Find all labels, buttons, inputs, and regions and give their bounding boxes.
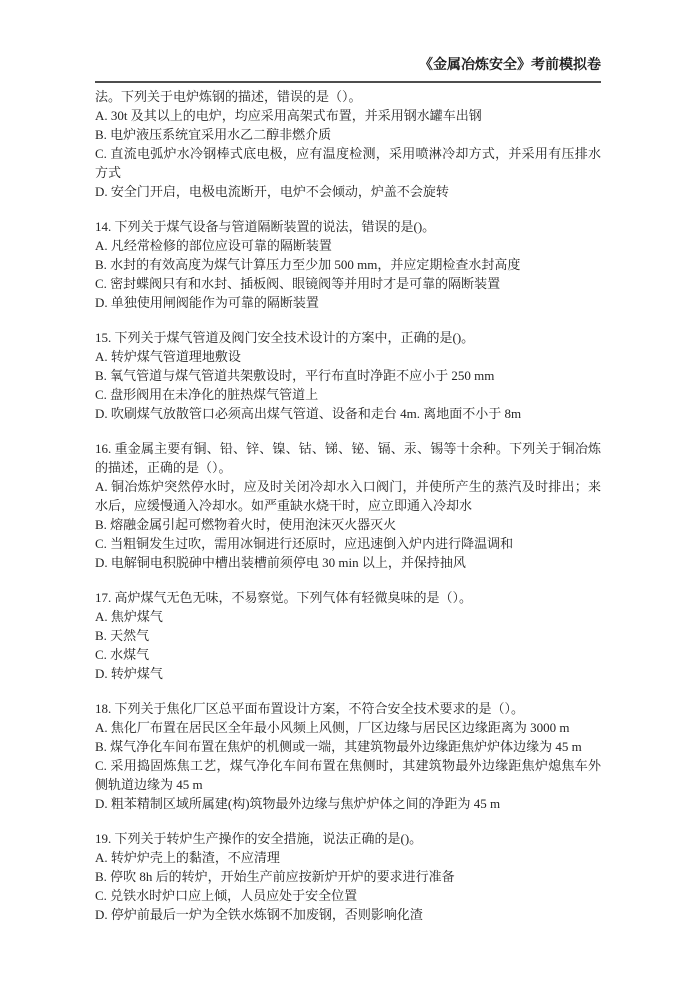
question-option: B. 熔融金属引起可燃物着火时，使用泡沫灭火器灭火	[95, 515, 601, 534]
question-block: 15. 下列关于煤气管道及阀门安全技术设计的方案中，正确的是()。A. 转炉煤气…	[95, 328, 601, 423]
question-option: C. 兑铁水时炉口应上倾，人员应处于安全位置	[95, 886, 601, 905]
page-header: 《金属冶炼安全》考前模拟卷	[95, 57, 601, 83]
question-option: A. 30t 及其以上的电炉，均应采用高架式布置，并采用钢水罐车出钢	[95, 106, 601, 125]
question-block: 16. 重金属主要有铜、铅、锌、镍、钴、锑、铋、镉、汞、锡等十余种。下列关于铜冶…	[95, 439, 601, 572]
question-block: 18. 下列关于焦化厂区总平面布置设计方案，不符合安全技术要求的是（）。A. 焦…	[95, 699, 601, 813]
question-stem: 17. 高炉煤气无色无味，不易察觉。下列气体有轻微臭味的是（）。	[95, 588, 601, 607]
question-option: A. 转炉炉壳上的黏渣，不应清理	[95, 848, 601, 867]
question-option: D. 转炉煤气	[95, 664, 601, 683]
question-option: C. 密封蝶阀只有和水封、插板阀、眼镜阀等并用时才是可靠的隔断装置	[95, 274, 601, 293]
question-option: A. 铜冶炼炉突然停水时，应及时关闭冷却水入口阀门，并使所产生的蒸汽及时排出；来…	[95, 477, 601, 515]
question-option: D. 安全门开启，电极电流断开，电炉不会倾动，炉盖不会旋转	[95, 182, 601, 201]
question-option: D. 粗苯精制区域所属建(构)筑物最外边缘与焦炉炉体之间的净距为 45 m	[95, 794, 601, 813]
question-option: D. 单独使用闸阀能作为可靠的隔断装置	[95, 293, 601, 312]
document-title: 《金属冶炼安全》考前模拟卷	[419, 58, 601, 73]
question-stem: 14. 下列关于煤气设备与管道隔断装置的说法，错误的是()。	[95, 217, 601, 236]
question-stem: 19. 下列关于转炉生产操作的安全措施，说法正确的是()。	[95, 829, 601, 848]
question-option: C. 直流电弧炉水冷钢棒式底电极，应有温度检测，采用喷淋冷却方式，并采用有压排水…	[95, 144, 601, 182]
question-option: B. 煤气净化车间布置在焦炉的机侧或一端，其建筑物最外边缘距焦炉炉体边缘为 45…	[95, 737, 601, 756]
question-option: B. 水封的有效高度为煤气计算压力至少加 500 mm，并应定期检查水封高度	[95, 255, 601, 274]
question-block: 14. 下列关于煤气设备与管道隔断装置的说法，错误的是()。A. 凡经常检修的部…	[95, 217, 601, 312]
question-option: D. 吹刷煤气放散管口必须高出煤气管道、设备和走台 4m. 离地面不小于 8m	[95, 404, 601, 423]
question-option: A. 焦化厂布置在居民区全年最小风频上风侧，厂区边缘与居民区边缘距离为 3000…	[95, 718, 601, 737]
question-block: 17. 高炉煤气无色无味，不易察觉。下列气体有轻微臭味的是（）。A. 焦炉煤气B…	[95, 588, 601, 683]
question-stem: 15. 下列关于煤气管道及阀门安全技术设计的方案中，正确的是()。	[95, 328, 601, 347]
question-option: B. 氧气管道与煤气管道共架敷设时，平行布直时净距不应小于 250 mm	[95, 366, 601, 385]
questions-list: 法。下列关于电炉炼钢的描述，错误的是（）。A. 30t 及其以上的电炉，均应采用…	[95, 87, 601, 924]
question-stem: 18. 下列关于焦化厂区总平面布置设计方案，不符合安全技术要求的是（）。	[95, 699, 601, 718]
question-block: 法。下列关于电炉炼钢的描述，错误的是（）。A. 30t 及其以上的电炉，均应采用…	[95, 87, 601, 201]
question-option: C. 当粗铜发生过吹，需用冰铜进行还原时，应迅速倒入炉内进行降温调和	[95, 534, 601, 553]
question-stem: 法。下列关于电炉炼钢的描述，错误的是（）。	[95, 87, 601, 106]
question-option: B. 电炉液压系统宜采用水乙二醇非燃介质	[95, 125, 601, 144]
question-stem: 16. 重金属主要有铜、铅、锌、镍、钴、锑、铋、镉、汞、锡等十余种。下列关于铜冶…	[95, 439, 601, 477]
question-option: A. 转炉煤气管道理地敷设	[95, 347, 601, 366]
question-option: D. 停炉前最后一炉为全铁水炼钢不加废钢，否则影响化渣	[95, 905, 601, 924]
question-option: B. 停吹 8h 后的转炉，开始生产前应按新炉开炉的要求进行准备	[95, 867, 601, 886]
question-option: C. 水煤气	[95, 645, 601, 664]
question-option: C. 采用捣固炼焦工艺，煤气净化车间布置在焦侧时，其建筑物最外边缘距焦炉熄焦车外…	[95, 756, 601, 794]
question-block: 19. 下列关于转炉生产操作的安全措施，说法正确的是()。A. 转炉炉壳上的黏渣…	[95, 829, 601, 924]
question-option: A. 焦炉煤气	[95, 607, 601, 626]
question-option: C. 盘形阀用在未净化的脏热煤气管道上	[95, 385, 601, 404]
question-option: B. 天然气	[95, 626, 601, 645]
question-option: D. 电解铜电积脱砷中槽出装槽前须停电 30 min 以上，并保持抽风	[95, 553, 601, 572]
document-page: 《金属冶炼安全》考前模拟卷 法。下列关于电炉炼钢的描述，错误的是（）。A. 30…	[0, 0, 700, 989]
question-option: A. 凡经常检修的部位应设可靠的隔断装置	[95, 236, 601, 255]
